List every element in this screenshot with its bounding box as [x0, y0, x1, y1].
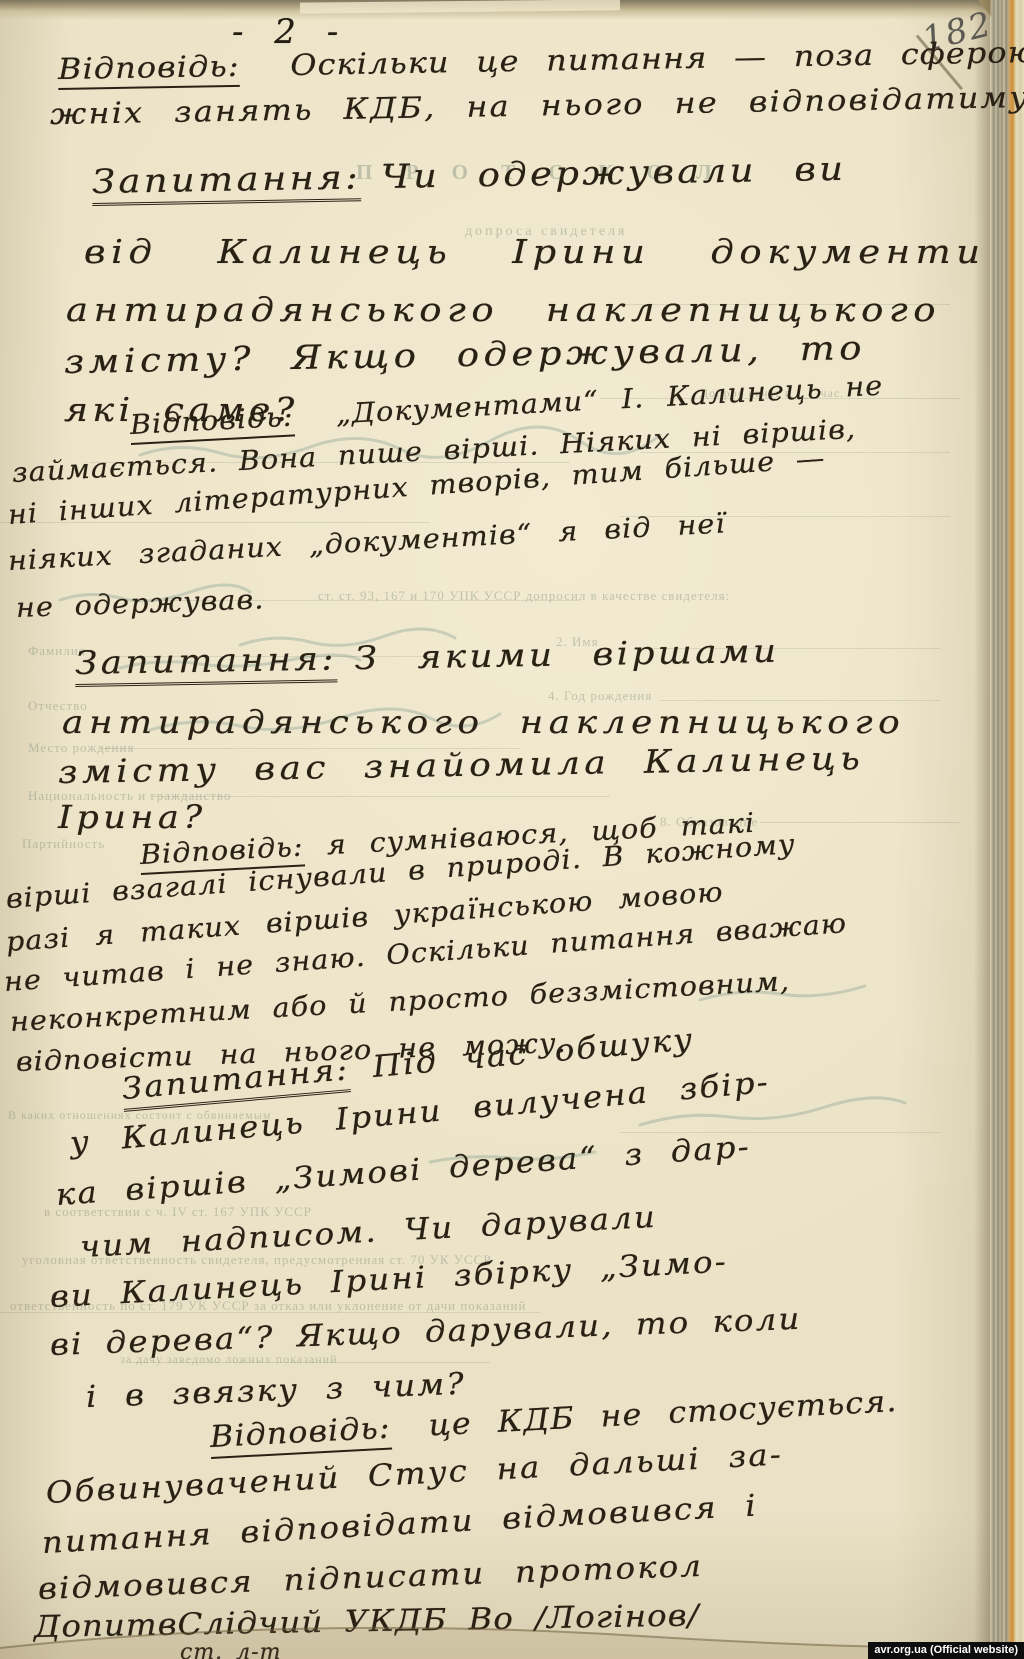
document-page: П Р О Т О К О Лдопроса свидетеляДопрос н…	[0, 0, 1024, 1659]
handwritten-line: антирадянського наклепницького	[66, 290, 941, 329]
handwritten-line: антирадянського наклепницького	[62, 703, 905, 741]
handwritten-line: Запитання:З якими віршами	[75, 632, 780, 682]
handwritten-line: відмовився підписати протокол	[37, 1549, 703, 1607]
handwritten-line: Ірина?	[58, 798, 207, 836]
handwritten-text: не одержував.	[15, 584, 264, 624]
watermark: avr.org.ua (Official website)	[868, 1642, 1024, 1659]
page-header: - 2 -	[232, 12, 348, 52]
handwritten-line: ст. л-т	[180, 1640, 281, 1659]
form-ghost-text: 4. Год рождения	[548, 688, 652, 704]
question-answer-label: Запитання:	[92, 157, 362, 206]
handwritten-line: Запитання:Чи одержували ви	[92, 149, 847, 201]
handwritten-line: від Калинець Ірини документи	[84, 232, 986, 271]
handwritten-text: і в звязку з чим?	[85, 1367, 466, 1415]
handwritten-text: антирадянського наклепницького	[66, 290, 941, 329]
book-page-stack-edge	[990, 0, 1024, 1659]
handwritten-line: не одержував.	[15, 584, 264, 624]
handwritten-text: відмовився підписати протокол	[37, 1549, 703, 1607]
handwritten-text: Ірина?	[58, 798, 207, 836]
form-ghost-text: ст. ст. 93, 167 и 170 УПК УССР допросил …	[318, 588, 730, 604]
handwritten-text: З якими віршами	[354, 632, 779, 677]
handwritten-line: змісту вас знайомила Калинець	[58, 739, 865, 791]
form-ghost-rule	[130, 1362, 490, 1363]
question-answer-label: Запитання:	[75, 639, 338, 687]
handwritten-text: Чи одержували ви	[381, 149, 847, 196]
handwritten-text: Оскільки це питання — поза сферою справ-	[290, 32, 1024, 81]
form-ghost-rule	[660, 700, 940, 701]
handwritten-text: ДопитвСлідчий УКДБ Во /Логінов/	[34, 1598, 700, 1645]
handwritten-text: змісту? Якщо одержували, то	[64, 328, 867, 381]
handwritten-text: від Калинець Ірини документи	[84, 232, 986, 271]
handwritten-text: антирадянського наклепницького	[62, 703, 905, 741]
form-ghost-text: Партийность	[22, 836, 105, 852]
question-answer-label: Відповідь:	[129, 401, 294, 445]
handwritten-text: змісту вас знайомила Калинець	[58, 739, 865, 791]
handwritten-line: і в звязку з чим?	[85, 1367, 466, 1415]
handwritten-text: ст. л-т	[180, 1640, 281, 1659]
handwritten-line: ДопитвСлідчий УКДБ Во /Логінов/	[34, 1598, 700, 1645]
form-ghost-rule	[150, 796, 610, 797]
handwritten-line: змісту? Якщо одержували, то	[64, 328, 867, 381]
form-ghost-rule	[620, 1132, 940, 1133]
form-ghost-rule	[760, 822, 960, 823]
question-answer-label: Відповідь:	[209, 1411, 392, 1459]
question-answer-label: Відповідь:	[58, 49, 240, 90]
handwritten-line: Відповідь:Оскільки це питання — поза сфе…	[58, 32, 1024, 86]
handwritten-text: це КДБ не стосується.	[428, 1384, 899, 1444]
